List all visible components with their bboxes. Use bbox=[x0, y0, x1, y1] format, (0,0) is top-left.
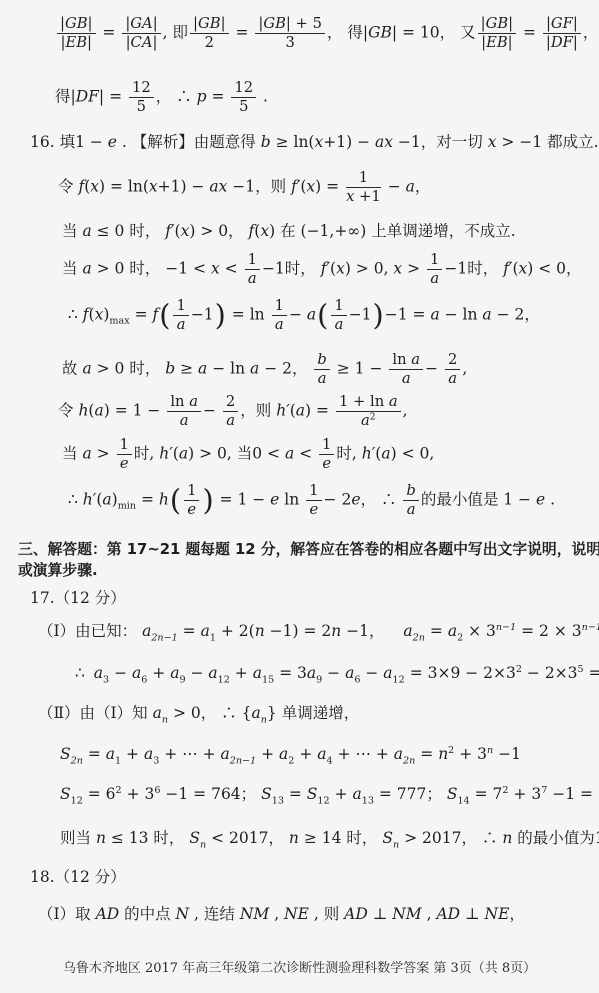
math-text: 18. bbox=[30, 868, 55, 886]
math-text: 5 bbox=[137, 98, 146, 115]
math-text: > −1 bbox=[496, 133, 547, 151]
math-text: ) > 0, bbox=[345, 259, 394, 277]
math-text: 12 bbox=[71, 795, 83, 806]
math-text: （Ⅰ）由已知： bbox=[38, 622, 142, 640]
fraction-denominator: a bbox=[314, 370, 329, 387]
math-text: a bbox=[296, 401, 305, 419]
fraction-numerator: |GB| bbox=[478, 16, 517, 34]
math-text: 当 bbox=[62, 222, 82, 240]
solution-17-part1-known: （Ⅰ）由已知： a2n−1 = a1 + 2(n −1) = 2n −1， a2… bbox=[38, 622, 599, 644]
math-text: h bbox=[78, 401, 88, 419]
math-text: 1 bbox=[120, 436, 129, 453]
solution-16-hprime-sign: 当 a > 1e时, h′(a) > 0, 当0 < a < 1e时, h′(a… bbox=[62, 437, 434, 472]
math-text: f′ bbox=[321, 259, 330, 277]
math-text: x bbox=[519, 259, 528, 277]
math-text: e bbox=[270, 490, 279, 508]
math-text: = bbox=[207, 87, 230, 105]
math-text: a bbox=[307, 305, 316, 323]
fraction-numerator: 12 bbox=[231, 80, 256, 98]
math-text: ) > 0, bbox=[188, 444, 237, 462]
fraction-denominator: e bbox=[117, 455, 132, 472]
fraction-denominator: a bbox=[427, 270, 442, 287]
math-text: a bbox=[381, 444, 390, 462]
math-text: 单调递增， bbox=[282, 704, 360, 722]
math-text: 12 bbox=[234, 79, 253, 96]
math-text: ∴ bbox=[68, 490, 83, 508]
math-text: NE bbox=[485, 905, 510, 923]
math-text: ， 又 bbox=[440, 23, 476, 41]
math-text: ≥ 1 − bbox=[332, 359, 388, 377]
math-text: ∴ bbox=[68, 305, 83, 323]
math-text: − ln bbox=[207, 359, 250, 377]
math-text: 16. bbox=[30, 133, 60, 151]
fraction-numerator: 1 bbox=[272, 298, 287, 316]
math-text: 13 bbox=[362, 795, 374, 806]
math-text: S bbox=[60, 785, 71, 803]
math-text: < 2017 bbox=[206, 829, 268, 847]
math-text: 12 bbox=[235, 541, 261, 558]
fraction: |GF||DF| bbox=[543, 16, 581, 51]
math-text: − 2 bbox=[324, 490, 352, 508]
math-text: 的最小值是 bbox=[421, 490, 503, 508]
math-text: 时， bbox=[153, 829, 189, 847]
math-text: − 2 bbox=[492, 305, 525, 323]
fraction-numerator: |GB| bbox=[190, 16, 229, 34]
math-text: ≤ 13 bbox=[106, 829, 154, 847]
math-text: a bbox=[180, 412, 189, 429]
math-text: ) = ln( bbox=[99, 177, 149, 195]
solution-16-case-a-nonpositive: 当 a ≤ 0 时， f′(x) > 0， f(x) 在 (−1,+∞) 上单调… bbox=[62, 222, 516, 241]
math-text: ， bbox=[156, 87, 176, 105]
math-text: a bbox=[389, 393, 398, 410]
math-text: ≤ 0 bbox=[92, 222, 130, 240]
math-text: = bbox=[284, 785, 307, 803]
math-text: 2 bbox=[448, 351, 457, 368]
fraction: 1a bbox=[331, 298, 346, 333]
fraction-numerator: 1 bbox=[117, 437, 132, 455]
math-text: < bbox=[220, 259, 243, 277]
math-text: −1 = 2235 bbox=[547, 785, 599, 803]
math-text: h bbox=[159, 490, 169, 508]
math-text: − bbox=[109, 664, 132, 682]
math-text: 时， bbox=[129, 222, 165, 240]
math-text: |CA| bbox=[126, 34, 158, 51]
math-text: ， bbox=[415, 177, 431, 195]
math-text: 15 bbox=[262, 674, 274, 685]
math-text: −1 bbox=[227, 177, 255, 195]
fraction: |GB||EB| bbox=[478, 16, 517, 51]
math-text: 1 bbox=[275, 297, 284, 314]
math-text: 1 bbox=[322, 436, 331, 453]
math-text: ∴ bbox=[176, 87, 196, 105]
math-text: a bbox=[177, 316, 186, 333]
math-text: − bbox=[289, 305, 307, 323]
math-text: a bbox=[430, 270, 439, 287]
math-text: a bbox=[82, 222, 91, 240]
math-text: +1 bbox=[354, 188, 380, 205]
math-text: x bbox=[211, 259, 220, 277]
math-text: a bbox=[106, 745, 115, 763]
math-text: = 10 bbox=[397, 23, 440, 41]
math-text: 令 bbox=[58, 177, 78, 195]
math-text: −1 bbox=[393, 133, 421, 151]
math-text: 1 − bbox=[503, 490, 536, 508]
solution-17-s-values: S12 = 62 + 36 −1 = 764； S13 = S12 + a13 … bbox=[60, 785, 599, 807]
math-text: + bbox=[256, 745, 279, 763]
math-text: ， bbox=[268, 829, 288, 847]
fraction: 1a bbox=[173, 298, 188, 333]
math-text: （12 分） bbox=[55, 589, 126, 607]
math-text: NM bbox=[392, 905, 421, 923]
math-text: x bbox=[149, 177, 158, 195]
fraction: 1e bbox=[306, 483, 321, 518]
math-text: −1 = bbox=[385, 305, 431, 323]
fraction-denominator: e bbox=[319, 455, 334, 472]
math-text: S bbox=[307, 785, 318, 803]
math-text: e bbox=[309, 501, 318, 518]
math-text: 【解析】由题意得 bbox=[132, 133, 261, 151]
math-text: a bbox=[142, 622, 151, 640]
math-text: a bbox=[403, 622, 412, 640]
fraction-numerator: 12 bbox=[129, 80, 154, 98]
math-text: −1 bbox=[493, 745, 521, 763]
math-text: = bbox=[178, 622, 201, 640]
math-text: ) = bbox=[305, 401, 334, 419]
math-text: ∴ bbox=[381, 490, 401, 508]
math-text: （12 分） bbox=[55, 868, 126, 886]
fraction: ba bbox=[314, 352, 329, 387]
fraction: 1x +1 bbox=[346, 170, 381, 205]
math-text: − bbox=[203, 401, 221, 419]
math-text: 或演算步骤. bbox=[18, 562, 98, 579]
math-text: a bbox=[248, 270, 257, 287]
math-text: a bbox=[226, 412, 235, 429]
math-text: a bbox=[153, 704, 162, 722]
math-text: a bbox=[345, 664, 354, 682]
math-text: ， bbox=[509, 905, 525, 923]
math-text: a bbox=[132, 664, 141, 682]
math-text: ， bbox=[361, 490, 381, 508]
math-text: = 7 bbox=[470, 785, 503, 803]
math-text: ax bbox=[209, 177, 227, 195]
math-text: 时， bbox=[346, 829, 382, 847]
math-text: , bbox=[403, 401, 408, 419]
math-text: a bbox=[179, 444, 188, 462]
math-text: ， bbox=[524, 305, 540, 323]
solution-17-part1-sum: ∴ a3 − a6 + a9 − a12 + a15 = 3a9 − a6 − … bbox=[75, 664, 599, 686]
math-text: 时 bbox=[134, 444, 150, 462]
math-text: 时， bbox=[129, 259, 165, 277]
math-text: = 777 bbox=[374, 785, 426, 803]
math-text: 5 bbox=[239, 98, 248, 115]
math-text: ，则 bbox=[240, 401, 276, 419]
math-text: ) = 1 − bbox=[104, 401, 166, 419]
solution-16-b-inequality: 故 a > 0 时， b ≥ a − ln a − 2， ba ≥ 1 − ln… bbox=[62, 352, 467, 387]
problem-16-answer-line: 16. 填1 − e . 【解析】由题意得 b ≥ ln(x+1) − ax −… bbox=[30, 133, 599, 152]
math-text: ) < 0 bbox=[527, 259, 566, 277]
math-text: 1 bbox=[176, 297, 185, 314]
fraction-denominator: a2 bbox=[336, 412, 401, 429]
fraction: 1e bbox=[184, 483, 199, 518]
math-text: a bbox=[448, 370, 457, 387]
fraction: 1e bbox=[319, 437, 334, 472]
math-text: （Ⅰ）取 bbox=[38, 905, 96, 923]
math-text: 1 bbox=[187, 482, 196, 499]
fraction-numerator: 1 bbox=[184, 483, 199, 501]
math-text: ； bbox=[426, 785, 446, 803]
math-text: a bbox=[430, 305, 439, 323]
fraction-numerator: |GA| bbox=[122, 16, 160, 34]
math-text: 2 bbox=[370, 412, 376, 422]
math-text: ，则 bbox=[255, 177, 291, 195]
fraction: 2a bbox=[445, 352, 460, 387]
math-text: a bbox=[402, 370, 411, 387]
fraction-numerator: |GB| bbox=[57, 16, 96, 34]
math-text: ， bbox=[201, 704, 221, 722]
big-paren: ( bbox=[159, 304, 170, 327]
math-text: n bbox=[255, 622, 265, 640]
math-text: 时， bbox=[285, 259, 321, 277]
math-text: S bbox=[382, 829, 393, 847]
math-text: + 2( bbox=[216, 622, 255, 640]
math-text: , bbox=[269, 905, 284, 923]
math-text: e bbox=[322, 455, 331, 472]
fraction-numerator: |GB| + 5 bbox=[255, 16, 325, 34]
fraction: |GB||EB| bbox=[57, 16, 96, 51]
math-text: a bbox=[448, 622, 457, 640]
math-text: − bbox=[425, 359, 443, 377]
answer-sheet-page: 乌鲁木齐地区 2017 年高三年级第二次诊断性测验理科数学答案 第 3页（共 8… bbox=[0, 0, 599, 993]
fraction-numerator: 1 bbox=[319, 437, 334, 455]
math-text: + ⋯ + bbox=[333, 745, 394, 763]
math-text: a bbox=[394, 745, 403, 763]
math-text: = bbox=[130, 305, 153, 323]
math-text: + 5 bbox=[291, 15, 322, 32]
math-text: p bbox=[197, 87, 207, 105]
math-text: , bbox=[189, 905, 204, 923]
problem-18-number: 18.（12 分） bbox=[30, 868, 126, 887]
math-text: a bbox=[102, 490, 111, 508]
math-text: = 3×9 − 2×3 bbox=[405, 664, 516, 682]
fraction: 1a bbox=[427, 252, 442, 287]
math-text: AD bbox=[436, 905, 460, 923]
math-text: a bbox=[383, 664, 392, 682]
math-text: a bbox=[82, 259, 91, 277]
math-text: − 2 bbox=[259, 359, 292, 377]
math-text: 的中点 bbox=[119, 905, 175, 923]
math-text: = ln bbox=[227, 305, 270, 323]
math-text: S bbox=[189, 829, 200, 847]
math-text: 14 bbox=[457, 795, 469, 806]
math-text: a bbox=[406, 177, 415, 195]
math-text: + 3 bbox=[508, 785, 541, 803]
math-text: ln bbox=[279, 490, 304, 508]
math-text: b bbox=[406, 482, 415, 499]
math-text: x bbox=[336, 259, 345, 277]
math-text: x bbox=[314, 133, 323, 151]
math-text: > 0 bbox=[168, 704, 201, 722]
fraction: 1a bbox=[245, 252, 260, 287]
math-text: |GB| bbox=[258, 15, 291, 32]
fraction-denominator: |DF| bbox=[543, 34, 581, 51]
section-3-heading-line-1: 三、解答题：第 17~21 题每题 12 分，解答应在答卷的相应各题中写出文字说… bbox=[18, 540, 599, 559]
math-text: |GF| bbox=[546, 15, 578, 32]
math-text: |GB| bbox=[193, 15, 226, 32]
fraction-denominator: 5 bbox=[129, 98, 154, 115]
math-text: a bbox=[208, 664, 217, 682]
math-text: h′ bbox=[362, 444, 376, 462]
math-text: + bbox=[121, 745, 144, 763]
fraction-denominator: a bbox=[167, 412, 201, 429]
math-text: − bbox=[383, 177, 406, 195]
math-text: h′ bbox=[83, 490, 97, 508]
fraction: ln aa bbox=[167, 394, 201, 429]
math-text: |GB| bbox=[60, 15, 93, 32]
solution-17-conclusion: 则当 n ≤ 13 时， Sn < 2017， n ≥ 14 时， Sn > 2… bbox=[60, 829, 599, 851]
math-text: 2 bbox=[205, 34, 214, 51]
solution-17-part2-monotone: （Ⅱ）由（Ⅰ）知 an > 0， ∴ {an} 单调递增， bbox=[38, 704, 359, 726]
fraction-numerator: 2 bbox=[223, 394, 238, 412]
math-text: n−1 bbox=[582, 622, 599, 633]
math-text: (−1,+∞) bbox=[301, 222, 372, 240]
math-text: + bbox=[294, 745, 317, 763]
math-text: −1 < bbox=[165, 259, 211, 277]
math-text: 2n−1 bbox=[230, 755, 256, 766]
math-text: + 3 bbox=[454, 745, 487, 763]
math-text: ， bbox=[228, 222, 248, 240]
math-text: 时， bbox=[467, 259, 503, 277]
math-text: a bbox=[352, 785, 361, 803]
fraction-denominator: 2 bbox=[190, 34, 229, 51]
math-text: 当 bbox=[237, 444, 253, 462]
section-3-heading-line-2: 或演算步骤. bbox=[18, 561, 98, 580]
math-text: x bbox=[393, 259, 402, 277]
math-text: −1 bbox=[444, 259, 467, 277]
math-text: 分，解答应在答卷的相应各题中写出文字说明，说明过程 bbox=[261, 541, 599, 558]
math-text: ) = bbox=[315, 177, 344, 195]
math-text: 13 bbox=[272, 795, 284, 806]
math-text: 2 bbox=[226, 393, 235, 410]
math-text: 12 bbox=[218, 674, 230, 685]
math-text: a bbox=[144, 745, 153, 763]
math-text: ∴ { bbox=[221, 704, 251, 722]
math-text: 题每题 bbox=[185, 541, 235, 558]
math-text: ≥ ln( bbox=[271, 133, 315, 151]
math-text: N bbox=[176, 905, 190, 923]
math-text: . bbox=[545, 490, 555, 508]
math-text: a bbox=[361, 412, 370, 429]
fraction-numerator: 1 bbox=[173, 298, 188, 316]
big-paren: ) bbox=[215, 304, 226, 327]
math-text: , bbox=[149, 444, 159, 462]
fraction-denominator: a bbox=[245, 270, 260, 287]
fraction-denominator: x +1 bbox=[346, 188, 381, 205]
big-paren: ( bbox=[170, 489, 181, 512]
math-text: a bbox=[285, 444, 294, 462]
math-text: ) bbox=[269, 222, 280, 240]
math-text: > bbox=[92, 444, 115, 462]
big-paren: ) bbox=[373, 304, 384, 327]
big-paren: ) bbox=[202, 489, 213, 512]
math-text: −1 bbox=[349, 305, 372, 323]
math-text: ) < 0, bbox=[391, 444, 435, 462]
math-text: a bbox=[94, 664, 103, 682]
math-text: f′ bbox=[165, 222, 174, 240]
fraction: ba bbox=[403, 483, 418, 518]
math-text: x bbox=[90, 177, 99, 195]
solution-15-result-line: 得|DF| = 125， ∴ p = 125 . bbox=[55, 80, 268, 115]
math-text: −1 = 764 bbox=[160, 785, 240, 803]
math-text: |GB| bbox=[363, 23, 397, 41]
math-text: ∴ bbox=[75, 664, 90, 682]
math-text: 令 bbox=[58, 401, 78, 419]
math-text: AD bbox=[96, 905, 120, 923]
math-text: 12 bbox=[393, 674, 405, 685]
math-text: ； bbox=[241, 785, 261, 803]
fraction: 125 bbox=[231, 80, 256, 115]
fraction-denominator: 5 bbox=[231, 98, 256, 115]
math-text: a bbox=[307, 664, 316, 682]
math-text: a bbox=[318, 370, 327, 387]
fraction-denominator: 3 bbox=[255, 34, 325, 51]
math-text: ， bbox=[566, 259, 582, 277]
fraction: |GB| + 53 bbox=[255, 16, 325, 51]
math-text: 时 bbox=[336, 444, 352, 462]
fraction: 1a bbox=[272, 298, 287, 333]
math-text: x bbox=[306, 177, 315, 195]
fraction-denominator: a bbox=[272, 316, 287, 333]
math-text: ln bbox=[170, 393, 189, 410]
fraction-denominator: |EB| bbox=[478, 34, 517, 51]
math-text: 1 bbox=[359, 169, 368, 186]
math-text: −1 bbox=[262, 259, 285, 277]
math-text: a bbox=[482, 305, 491, 323]
math-text: a bbox=[335, 316, 344, 333]
math-text: 得 bbox=[55, 87, 71, 105]
math-text: − 2×3 bbox=[522, 664, 578, 682]
fraction-numerator: ln a bbox=[389, 352, 423, 370]
math-text: n bbox=[289, 829, 299, 847]
fraction-denominator: a bbox=[173, 316, 188, 333]
math-text: = bbox=[98, 23, 121, 41]
solution-16-hmin-line: ∴ h′(a)min = h(1e) = 1 − e ln 1e− 2e， ∴ … bbox=[68, 483, 555, 518]
math-text: , bbox=[462, 359, 467, 377]
math-text: a bbox=[411, 351, 420, 368]
math-text: a bbox=[94, 401, 103, 419]
math-text: = 6 bbox=[83, 785, 116, 803]
math-text: 1 bbox=[430, 251, 439, 268]
math-text: |EB| bbox=[61, 34, 92, 51]
math-text: f′ bbox=[291, 177, 300, 195]
math-text: NM bbox=[240, 905, 269, 923]
fraction-denominator: a bbox=[389, 370, 423, 387]
math-text: = −477 bbox=[584, 664, 599, 682]
math-text: ≥ bbox=[175, 359, 198, 377]
math-text: 都成立. bbox=[547, 133, 598, 151]
math-text: ， 即 bbox=[583, 23, 599, 41]
math-text: f bbox=[153, 305, 159, 323]
solution-18-part1: （Ⅰ）取 AD 的中点 N , 连结 NM , NE , 则 AD ⊥ NM ,… bbox=[38, 905, 525, 924]
math-text: . bbox=[258, 87, 268, 105]
fraction-numerator: |GF| bbox=[543, 16, 581, 34]
math-text: max bbox=[109, 316, 129, 327]
math-text: 2n bbox=[71, 755, 83, 766]
math-text: ⊥ bbox=[368, 905, 392, 923]
math-text: −1 bbox=[341, 622, 369, 640]
fraction: ln aa bbox=[389, 352, 423, 387]
fraction-denominator: e bbox=[306, 501, 321, 518]
math-text: − ln bbox=[440, 305, 483, 323]
